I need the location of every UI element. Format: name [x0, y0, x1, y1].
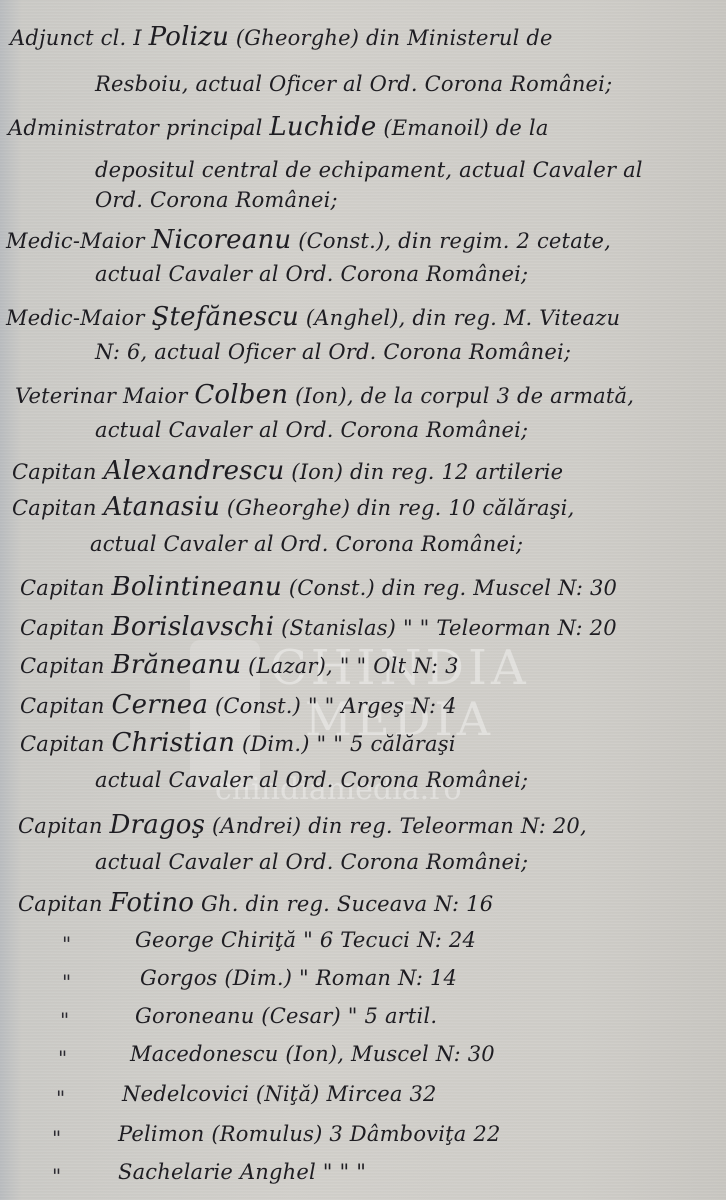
- surname: Cernea: [112, 690, 209, 720]
- surname: Luchide: [269, 112, 376, 142]
- surname: Nicoreanu: [151, 225, 291, 255]
- manuscript-page: CHINDIA MEDIA chindiamedia.ro Adjunct cl…: [0, 0, 726, 1200]
- entry-continuation: Ord. Corona Românei;: [95, 188, 338, 212]
- entry-line: Gorgos (Dim.) " Roman N: 14: [140, 966, 457, 990]
- entry-line: Veterinar Maior Colben (Ion), de la corp…: [15, 380, 634, 410]
- surname: Atanasiu: [104, 492, 221, 522]
- entry-continuation: depositul central de echipament, actual …: [95, 158, 643, 182]
- surname: Alexandrescu: [104, 456, 285, 486]
- surname: Colben: [194, 380, 288, 410]
- ditto-mark: ": [62, 970, 71, 994]
- entry-line: Capitan Dragoş (Andrei) din reg. Teleorm…: [18, 810, 587, 840]
- entry-line: Capitan Christian (Dim.) " " 5 călăraşi: [20, 728, 456, 758]
- surname: Christian: [112, 728, 236, 758]
- ditto-mark: ": [56, 1086, 65, 1110]
- ditto-mark: ": [62, 932, 71, 956]
- surname: Brăneanu: [112, 650, 242, 680]
- entry-line: George Chiriţă " 6 Tecuci N: 24: [135, 928, 476, 952]
- entry-line: Capitan Fotino Gh. din reg. Suceava N: 1…: [18, 888, 493, 918]
- entry-line: Capitan Bolintineanu (Const.) din reg. M…: [20, 572, 617, 602]
- entry-line: Sachelarie Anghel " " ": [118, 1160, 366, 1184]
- entry-line: Goroneanu (Cesar) " 5 artil.: [135, 1004, 437, 1028]
- surname: Ştefănescu: [151, 302, 299, 332]
- ditto-mark: ": [52, 1164, 61, 1188]
- entry-continuation: Resboiu, actual Oficer al Ord. Corona Ro…: [95, 72, 612, 96]
- entry-continuation: actual Cavaler al Ord. Corona Românei;: [90, 532, 523, 556]
- ditto-mark: ": [52, 1126, 61, 1150]
- entry-line: Administrator principal Luchide (Emanoil…: [8, 112, 549, 142]
- entry-line: Capitan Borislavschi (Stanislas) " " Tel…: [20, 612, 617, 642]
- entry-line: Pelimon (Romulus) 3 Dâmboviţa 22: [118, 1122, 501, 1146]
- surname: Bolintineanu: [112, 572, 282, 602]
- entry-line: Nedelcovici (Niţă) Mircea 32: [122, 1082, 437, 1106]
- entry-continuation: actual Cavaler al Ord. Corona Românei;: [95, 850, 528, 874]
- entry-line: Capitan Cernea (Const.) " " Argeş N: 4: [20, 690, 457, 720]
- ditto-mark: ": [58, 1046, 67, 1070]
- entry-continuation: N: 6, actual Oficer al Ord. Corona Român…: [95, 340, 571, 364]
- entry-continuation: actual Cavaler al Ord. Corona Românei;: [95, 418, 528, 442]
- entry-continuation: actual Cavaler al Ord. Corona Românei;: [95, 768, 528, 792]
- ditto-mark: ": [60, 1008, 69, 1032]
- entry-continuation: actual Cavaler al Ord. Corona Românei;: [95, 262, 528, 286]
- entry-line: Adjunct cl. I Polizu (Gheorghe) din Mini…: [10, 22, 553, 52]
- entry-line: Medic-Maior Nicoreanu (Const.), din regi…: [6, 225, 611, 255]
- entry-line: Medic-Maior Ştefănescu (Anghel), din reg…: [6, 302, 620, 332]
- entry-line: Macedonescu (Ion), Muscel N: 30: [130, 1042, 495, 1066]
- surname: Fotino: [110, 888, 195, 918]
- entry-line: Capitan Brăneanu (Lazar), " " Olt N: 3: [20, 650, 459, 680]
- surname: Dragoş: [110, 810, 206, 840]
- entry-line: Capitan Alexandrescu (Ion) din reg. 12 a…: [12, 456, 563, 486]
- surname: Polizu: [149, 22, 229, 52]
- entry-line: Capitan Atanasiu (Gheorghe) din reg. 10 …: [12, 492, 574, 522]
- surname: Borislavschi: [112, 612, 275, 642]
